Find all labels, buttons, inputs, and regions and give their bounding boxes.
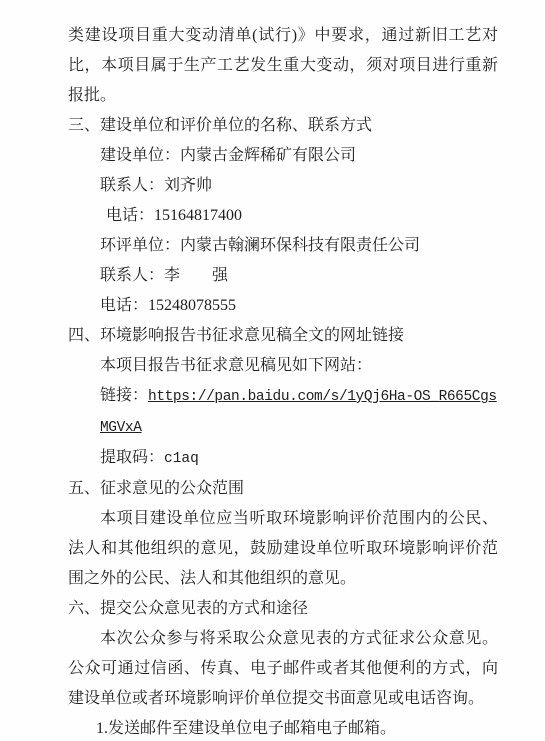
line-download-link: 链接：https://pan.baidu.com/s/1yQj6Ha-OS_R6… [68, 381, 498, 443]
extraction-code-label: 提取码： [100, 449, 164, 466]
field-contact-person-2: 联系人：李 强 [68, 261, 498, 291]
paragraph-continuation-major-change: 类建设项目重大变动清单(试行)》中要求，通过新旧工艺对比，本项目属于生产工艺发生… [68, 21, 498, 111]
baidu-pan-link[interactable]: https://pan.baidu.com/s/1yQj6Ha-OS_R665C… [100, 389, 497, 436]
list-item-1-send-email: 1.发送邮件至建设单位电子邮箱电子邮箱。 [68, 714, 498, 741]
field-phone-2: 电话：15248078555 [68, 291, 498, 321]
document-body: 类建设项目重大变动清单(试行)》中要求，通过新旧工艺对比，本项目属于生产工艺发生… [68, 21, 498, 741]
extraction-code-value: c1aq [164, 451, 199, 467]
paragraph-submission-methods: 本次公众参与将采取公众意见表的方式征求公众意见。公众可通过信函、传真、电子邮件或… [68, 624, 498, 714]
link-label: 链接： [100, 387, 148, 404]
line-report-website-intro: 本项目报告书征求意见稿见如下网站： [68, 351, 498, 381]
section-heading-6-submission-methods: 六、提交公众意见表的方式和途径 [68, 594, 498, 624]
field-phone-1: 电话：15164817400 [68, 201, 498, 231]
line-extraction-code: 提取码：c1aq [68, 443, 498, 474]
document-page: 类建设项目重大变动清单(试行)》中要求，通过新旧工艺对比，本项目属于生产工艺发生… [0, 0, 545, 741]
section-heading-3-units-contact: 三、建设单位和评价单位的名称、联系方式 [68, 111, 498, 141]
section-heading-4-report-link: 四、环境影响报告书征求意见稿全文的网址链接 [68, 321, 498, 351]
paragraph-public-scope: 本项目建设单位应当听取环境影响评价范围内的公民、法人和其他组织的意见，鼓励建设单… [68, 504, 498, 594]
field-contact-person-1: 联系人：刘齐帅 [68, 171, 498, 201]
section-heading-5-public-scope: 五、征求意见的公众范围 [68, 474, 498, 504]
field-construction-unit: 建设单位：内蒙古金辉稀矿有限公司 [68, 141, 498, 171]
field-eia-unit: 环评单位：内蒙古翰澜环保科技有限责任公司 [68, 231, 498, 261]
